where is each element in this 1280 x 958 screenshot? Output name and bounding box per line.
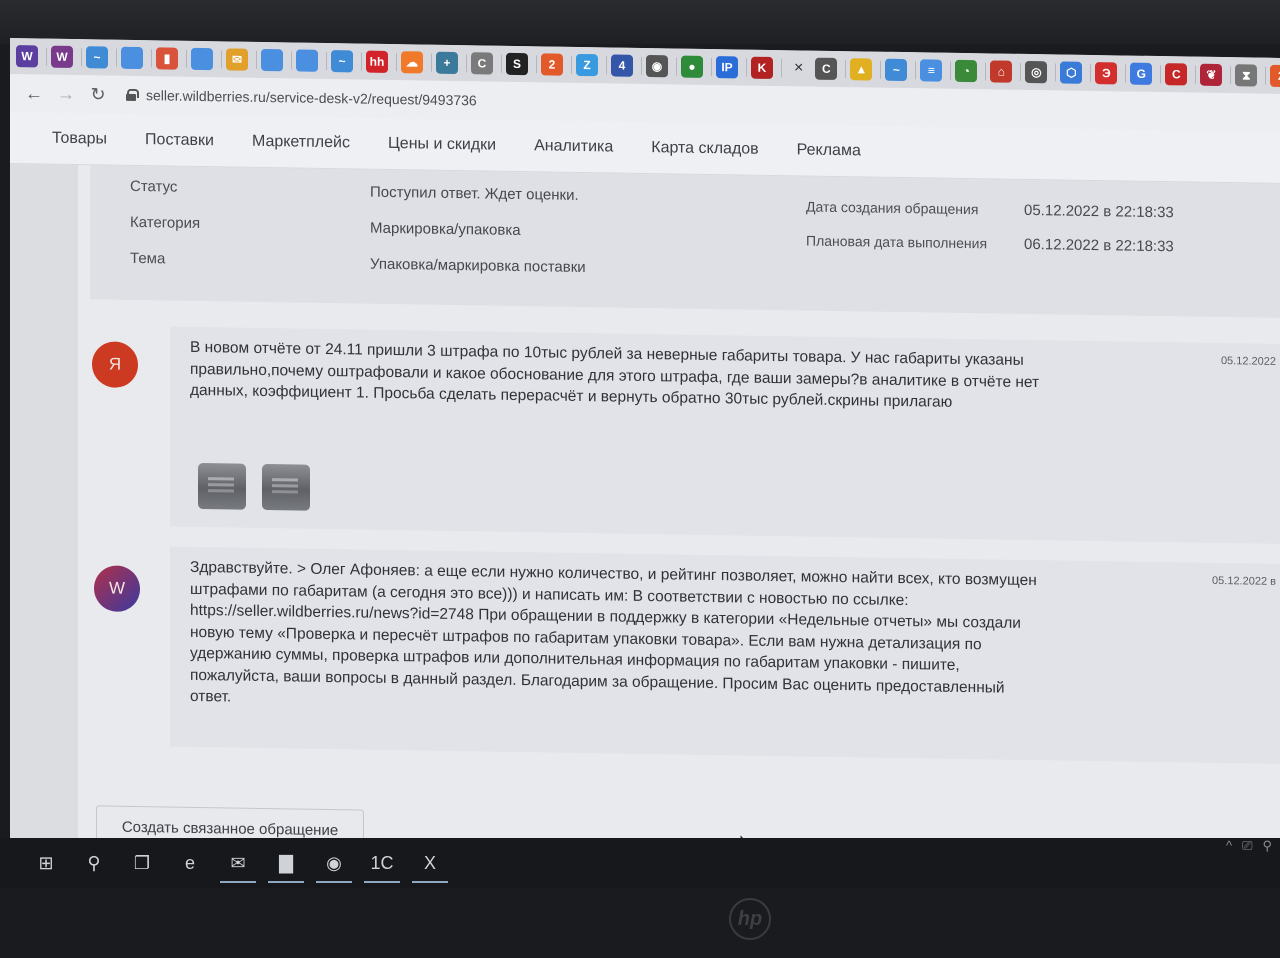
tab-ip-icon[interactable]: IP <box>716 56 738 78</box>
nav-item-analytics[interactable]: Аналитика <box>534 137 613 156</box>
tab-four-icon[interactable]: 4 <box>611 54 633 76</box>
screen: WW~▮✉~hh☁+CS2Z4◉●IPK×C▲~≡◔⌂◎⬡ЭGC❦⧗2D•■+2… <box>10 38 1280 866</box>
tab-wildberries-icon[interactable]: W <box>16 45 38 67</box>
tab-separator <box>950 62 951 80</box>
tab-separator <box>466 54 467 72</box>
tab-two-icon[interactable]: 2 <box>541 53 563 75</box>
category-label: Категория <box>130 214 200 232</box>
tab-wildberries-2-icon[interactable]: W <box>51 46 73 68</box>
tab-wave-2-icon[interactable]: ~ <box>331 50 353 72</box>
request-page: Статус Поступил ответ. Ждет оценки. Кате… <box>10 164 1280 866</box>
tab-globe-icon[interactable]: ◉ <box>646 55 668 77</box>
taskbar-chrome-icon[interactable]: ◉ <box>310 841 358 885</box>
tab-separator <box>46 48 47 66</box>
tab-hh-icon[interactable]: hh <box>366 51 388 73</box>
topic-label: Тема <box>130 250 165 268</box>
back-icon[interactable]: ← <box>18 83 50 105</box>
tab-separator <box>81 48 82 66</box>
tab-separator <box>1125 65 1126 83</box>
taskbar-1c-icon[interactable]: 1С <box>358 841 406 885</box>
taskbar-task-view-icon[interactable]: ❐ <box>118 841 166 885</box>
status-value: Поступил ответ. Ждет оценки. <box>370 184 579 204</box>
avatar-user: Я <box>92 341 138 388</box>
url-text[interactable]: seller.wildberries.ru/service-desk-v2/re… <box>146 87 477 108</box>
avatar-support: W <box>94 565 140 612</box>
tab-wave-3-icon[interactable]: ~ <box>885 59 907 81</box>
tab-wave-icon[interactable]: ~ <box>86 46 108 68</box>
taskbar: ⊞⚲❐e✉▇◉1СX <box>0 838 1280 888</box>
tab-separator <box>186 50 187 68</box>
message-text: Здравствуйте. > Олег Афоняев: а еще если… <box>190 557 1040 721</box>
message-date: 05.12.2022 в <box>1212 575 1276 588</box>
tab-cloud-icon[interactable]: ☁ <box>401 51 423 73</box>
lock-icon <box>126 89 136 101</box>
tab-separator <box>536 55 537 73</box>
tab-separator <box>845 60 846 78</box>
tab-shield-circle-icon[interactable]: ◎ <box>1025 61 1047 83</box>
attachment-thumbnail[interactable] <box>198 463 246 510</box>
taskbar-thunderbird-icon[interactable]: ✉ <box>214 841 262 885</box>
tab-bars-icon[interactable]: ▮ <box>156 47 178 69</box>
taskbar-file-explorer-icon[interactable]: ▇ <box>262 841 310 885</box>
tab-separator <box>711 58 712 76</box>
tab-ring-icon[interactable]: ◔ <box>955 60 977 82</box>
tab-c-letter-icon[interactable]: C <box>815 58 837 80</box>
avatar-initial: Я <box>109 355 121 375</box>
reload-icon[interactable]: ↻ <box>82 84 114 106</box>
created-date-label: Дата создания обращения <box>806 199 978 218</box>
tab-separator <box>1090 64 1091 82</box>
message-support: Здравствуйте. > Олег Афоняев: а еще если… <box>170 547 1280 764</box>
tab-separator <box>1160 65 1161 83</box>
tab-separator <box>361 53 362 71</box>
attachment-thumbnail[interactable] <box>262 464 310 511</box>
taskbar-excel-icon[interactable]: X <box>406 841 454 885</box>
tab-separator <box>641 57 642 75</box>
tab-dark-s-icon[interactable]: S <box>506 53 528 75</box>
tab-separator <box>915 61 916 79</box>
tray-network-icon[interactable]: ⎚ <box>1242 838 1252 858</box>
tab-two-2-icon[interactable]: 2 <box>1270 65 1280 87</box>
nav-item-prices[interactable]: Цены и скидки <box>388 134 496 154</box>
tab-separator <box>985 62 986 80</box>
tray-pen-icon[interactable]: ⚲ <box>1262 838 1272 858</box>
tab-separator <box>151 49 152 67</box>
message-date: 05.12.2022 <box>1221 355 1276 368</box>
tab-separator <box>571 56 572 74</box>
tab-separator <box>396 53 397 71</box>
nav-item-marketplace[interactable]: Маркетплейс <box>252 132 350 152</box>
tab-leaf-icon[interactable]: ● <box>681 56 703 78</box>
tab-cube-icon[interactable]: ⬡ <box>1060 62 1082 84</box>
tab-g-letter-icon[interactable]: G <box>1130 63 1152 85</box>
tab-separator <box>1020 63 1021 81</box>
tab-stack-icon[interactable]: ≡ <box>920 59 942 81</box>
tab-separator <box>1055 63 1056 81</box>
tab-c-script-icon[interactable]: C <box>471 52 493 74</box>
tab-c-red-icon[interactable]: C <box>1165 63 1187 85</box>
planned-date-value: 06.12.2022 в 22:18:33 <box>1024 236 1174 255</box>
avatar-initial: W <box>109 579 125 599</box>
close-tab-icon[interactable]: × <box>794 59 803 77</box>
tab-separator <box>676 57 677 75</box>
hp-logo: hp <box>729 898 771 940</box>
created-date-value: 05.12.2022 в 22:18:33 <box>1024 202 1174 221</box>
nav-item-warehouse-map[interactable]: Карта складов <box>651 139 758 159</box>
tab-e-red-icon[interactable]: Э <box>1095 62 1117 84</box>
tab-pulse-icon[interactable]: + <box>436 52 458 74</box>
tab-separator <box>221 50 222 68</box>
planned-date-label: Плановая дата выполнения <box>806 233 987 252</box>
tab-separator <box>431 54 432 72</box>
left-gutter <box>10 164 78 865</box>
tab-separator <box>606 56 607 74</box>
tab-separator <box>326 52 327 70</box>
tab-tile-4-icon[interactable] <box>296 49 318 71</box>
tab-hourglass-icon[interactable]: ⧗ <box>1235 64 1257 86</box>
tab-separator <box>291 51 292 69</box>
system-tray: ^⎚⚲ <box>1226 838 1272 858</box>
category-value: Маркировка/упаковка <box>370 220 521 239</box>
tab-separator <box>116 49 117 67</box>
tab-separator <box>781 59 782 77</box>
tab-tile-3-icon[interactable] <box>261 49 283 71</box>
tab-separator <box>1265 67 1266 85</box>
url-field[interactable]: seller.wildberries.ru/service-desk-v2/re… <box>126 87 477 109</box>
nav-item-goods[interactable]: Товары <box>52 129 107 148</box>
topic-value: Упаковка/маркировка поставки <box>370 256 586 276</box>
status-label: Статус <box>130 178 177 196</box>
tab-separator <box>1195 66 1196 84</box>
tab-tile-icon[interactable] <box>121 47 143 69</box>
nav-item-supplies[interactable]: Поставки <box>145 131 214 150</box>
tab-separator <box>1230 66 1231 84</box>
tab-z-circle-icon[interactable]: Z <box>576 54 598 76</box>
tab-mail-icon[interactable]: ✉ <box>226 48 248 70</box>
taskbar-start-icon[interactable]: ⊞ <box>22 841 70 885</box>
message-user: В новом отчёте от 24.11 пришли 3 штрафа … <box>170 327 1280 544</box>
taskbar-internet-explorer-icon[interactable]: e <box>166 841 214 885</box>
tab-cherry-icon[interactable]: ❦ <box>1200 64 1222 86</box>
request-info-card: Статус Поступил ответ. Ждет оценки. Кате… <box>90 165 1280 318</box>
tab-house-icon[interactable]: ⌂ <box>990 60 1012 82</box>
tab-separator <box>746 59 747 77</box>
laptop-bezel <box>0 0 1280 44</box>
tab-yellow-box-icon[interactable]: ▲ <box>850 58 872 80</box>
taskbar-search-icon[interactable]: ⚲ <box>70 841 118 885</box>
tray-expand-icon[interactable]: ^ <box>1226 838 1232 858</box>
message-text: В новом отчёте от 24.11 пришли 3 штрафа … <box>190 337 1040 415</box>
nav-item-ads[interactable]: Реклама <box>797 141 861 160</box>
forward-icon[interactable]: → <box>50 83 82 105</box>
tab-separator <box>880 61 881 79</box>
tab-separator <box>501 55 502 73</box>
tab-k-red-icon[interactable]: K <box>751 57 773 79</box>
tab-separator <box>256 51 257 69</box>
tab-tile-2-icon[interactable] <box>191 48 213 70</box>
